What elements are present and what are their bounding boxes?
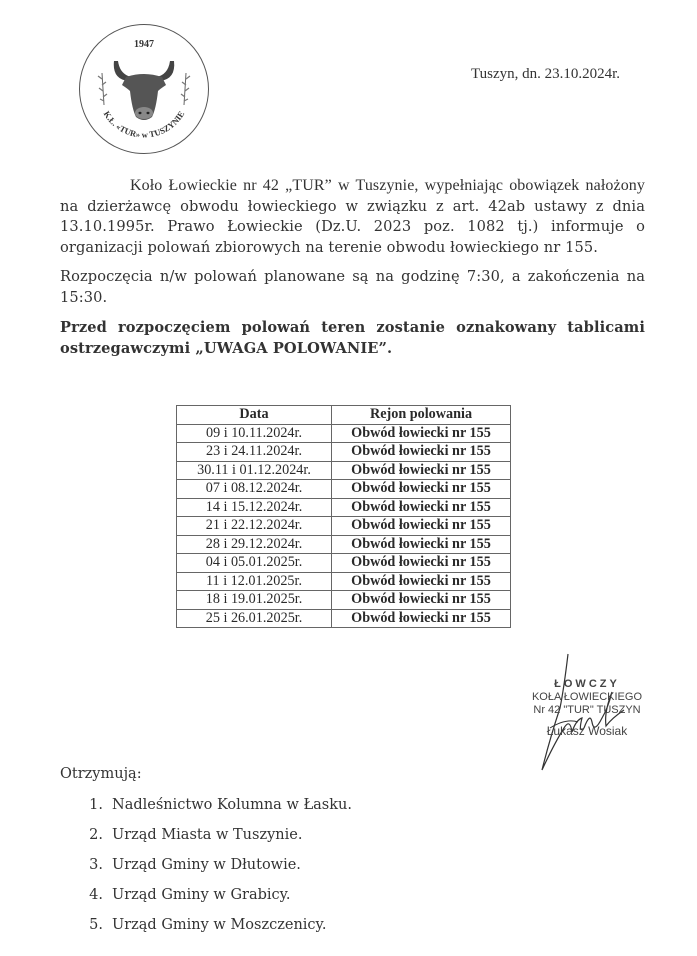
recipient-name: Urząd Miasta w Tuszynie. <box>112 827 302 843</box>
intro-rest: na dzierżawcę obwodu łowieckiego w związ… <box>60 198 645 256</box>
date-cell: 11 i 12.01.2025r. <box>177 572 332 591</box>
stamp-title: ŁOWCZY <box>522 678 652 691</box>
list-item: 1.Nadleśnictwo Kolumna w Łasku. <box>77 795 352 825</box>
date-cell: 14 i 15.12.2024r. <box>177 498 332 517</box>
region-cell: Obwód łowiecki nr 155 <box>332 554 511 573</box>
place-date: Tuszyn, dn. 23.10.2024r. <box>471 66 620 83</box>
table-row: 23 i 24.11.2024r.Obwód łowiecki nr 155 <box>177 443 511 462</box>
date-cell: 04 i 05.01.2025r. <box>177 554 332 573</box>
table-row: 28 i 29.12.2024r.Obwód łowiecki nr 155 <box>177 535 511 554</box>
recipient-name: Nadleśnictwo Kolumna w Łasku. <box>112 797 352 813</box>
list-number: 5. <box>77 915 103 935</box>
region-cell: Obwód łowiecki nr 155 <box>332 591 511 610</box>
table-row: 21 i 22.12.2024r.Obwód łowiecki nr 155 <box>177 517 511 536</box>
table-row: 04 i 05.01.2025r.Obwód łowiecki nr 155 <box>177 554 511 573</box>
table-row: 18 i 19.01.2025r.Obwód łowiecki nr 155 <box>177 591 511 610</box>
region-cell: Obwód łowiecki nr 155 <box>332 443 511 462</box>
hunt-schedule-table: Data Rejon polowania 09 i 10.11.2024r.Ob… <box>176 405 511 628</box>
date-cell: 21 i 22.12.2024r. <box>177 517 332 536</box>
list-number: 1. <box>77 795 103 815</box>
region-cell: Obwód łowiecki nr 155 <box>332 572 511 591</box>
recipient-name: Urząd Gminy w Moszczenicy. <box>112 917 326 933</box>
stamp-name: Łukasz Wosiak <box>522 723 652 739</box>
official-stamp: ŁOWCZY KOŁA ŁOWIECKIEGO Nr 42 "TUR" TUSZ… <box>522 678 652 739</box>
list-number: 4. <box>77 885 103 905</box>
table-row: 14 i 15.12.2024r.Obwód łowiecki nr 155 <box>177 498 511 517</box>
table-row: 09 i 10.11.2024r.Obwód łowiecki nr 155 <box>177 424 511 443</box>
table-row: 11 i 12.01.2025r.Obwód łowiecki nr 155 <box>177 572 511 591</box>
region-cell: Obwód łowiecki nr 155 <box>332 535 511 554</box>
region-cell: Obwód łowiecki nr 155 <box>332 424 511 443</box>
date-cell: 25 i 26.01.2025r. <box>177 609 332 628</box>
recipient-name: Urząd Gminy w Dłutowie. <box>112 857 301 873</box>
table-row: 30.11 i 01.12.2024r.Obwód łowiecki nr 15… <box>177 461 511 480</box>
date-cell: 07 i 08.12.2024r. <box>177 480 332 499</box>
date-cell: 23 i 24.11.2024r. <box>177 443 332 462</box>
list-item: 5.Urząd Gminy w Moszczenicy. <box>77 915 352 945</box>
warning-paragraph: Przed rozpoczęciem polowań teren zostani… <box>60 318 645 359</box>
recipients-list: 1.Nadleśnictwo Kolumna w Łasku.2.Urząd M… <box>77 795 352 945</box>
recipients-title: Otrzymują: <box>60 766 142 782</box>
region-cell: Obwód łowiecki nr 155 <box>332 498 511 517</box>
list-item: 3.Urząd Gminy w Dłutowie. <box>77 855 352 885</box>
table-row: 25 i 26.01.2025r.Obwód łowiecki nr 155 <box>177 609 511 628</box>
date-cell: 30.11 i 01.12.2024r. <box>177 461 332 480</box>
region-cell: Obwód łowiecki nr 155 <box>332 461 511 480</box>
region-cell: Obwód łowiecki nr 155 <box>332 480 511 499</box>
list-number: 3. <box>77 855 103 875</box>
stamp-org: KOŁA ŁOWIECKIEGO <box>522 691 652 704</box>
stamp-number: Nr 42 "TUR" TUSZYN <box>522 704 652 717</box>
list-item: 4.Urząd Gminy w Grabicy. <box>77 885 352 915</box>
date-cell: 09 i 10.11.2024r. <box>177 424 332 443</box>
list-item: 2.Urząd Miasta w Tuszynie. <box>77 825 352 855</box>
intro-paragraph: Koło Łowieckie nr 42 „TUR” w Tuszynie, w… <box>60 176 645 258</box>
region-cell: Obwód łowiecki nr 155 <box>332 609 511 628</box>
table-header-row: Data Rejon polowania <box>177 406 511 425</box>
hours-paragraph: Rozpoczęcia n/w polowań planowane są na … <box>60 267 645 308</box>
list-number: 2. <box>77 825 103 845</box>
club-logo: K.Ł. «TUR» w TUSZYNIE 1947 <box>79 24 209 154</box>
intro-first-line: Koło Łowieckie nr 42 „TUR” w Tuszynie, w… <box>130 177 645 194</box>
table-row: 07 i 08.12.2024r.Obwód łowiecki nr 155 <box>177 480 511 499</box>
header-region: Rejon polowania <box>332 406 511 425</box>
region-cell: Obwód łowiecki nr 155 <box>332 517 511 536</box>
recipient-name: Urząd Gminy w Grabicy. <box>112 887 291 903</box>
header-date: Data <box>177 406 332 425</box>
date-cell: 28 i 29.12.2024r. <box>177 535 332 554</box>
date-cell: 18 i 19.01.2025r. <box>177 591 332 610</box>
logo-year: 1947 <box>80 39 208 50</box>
